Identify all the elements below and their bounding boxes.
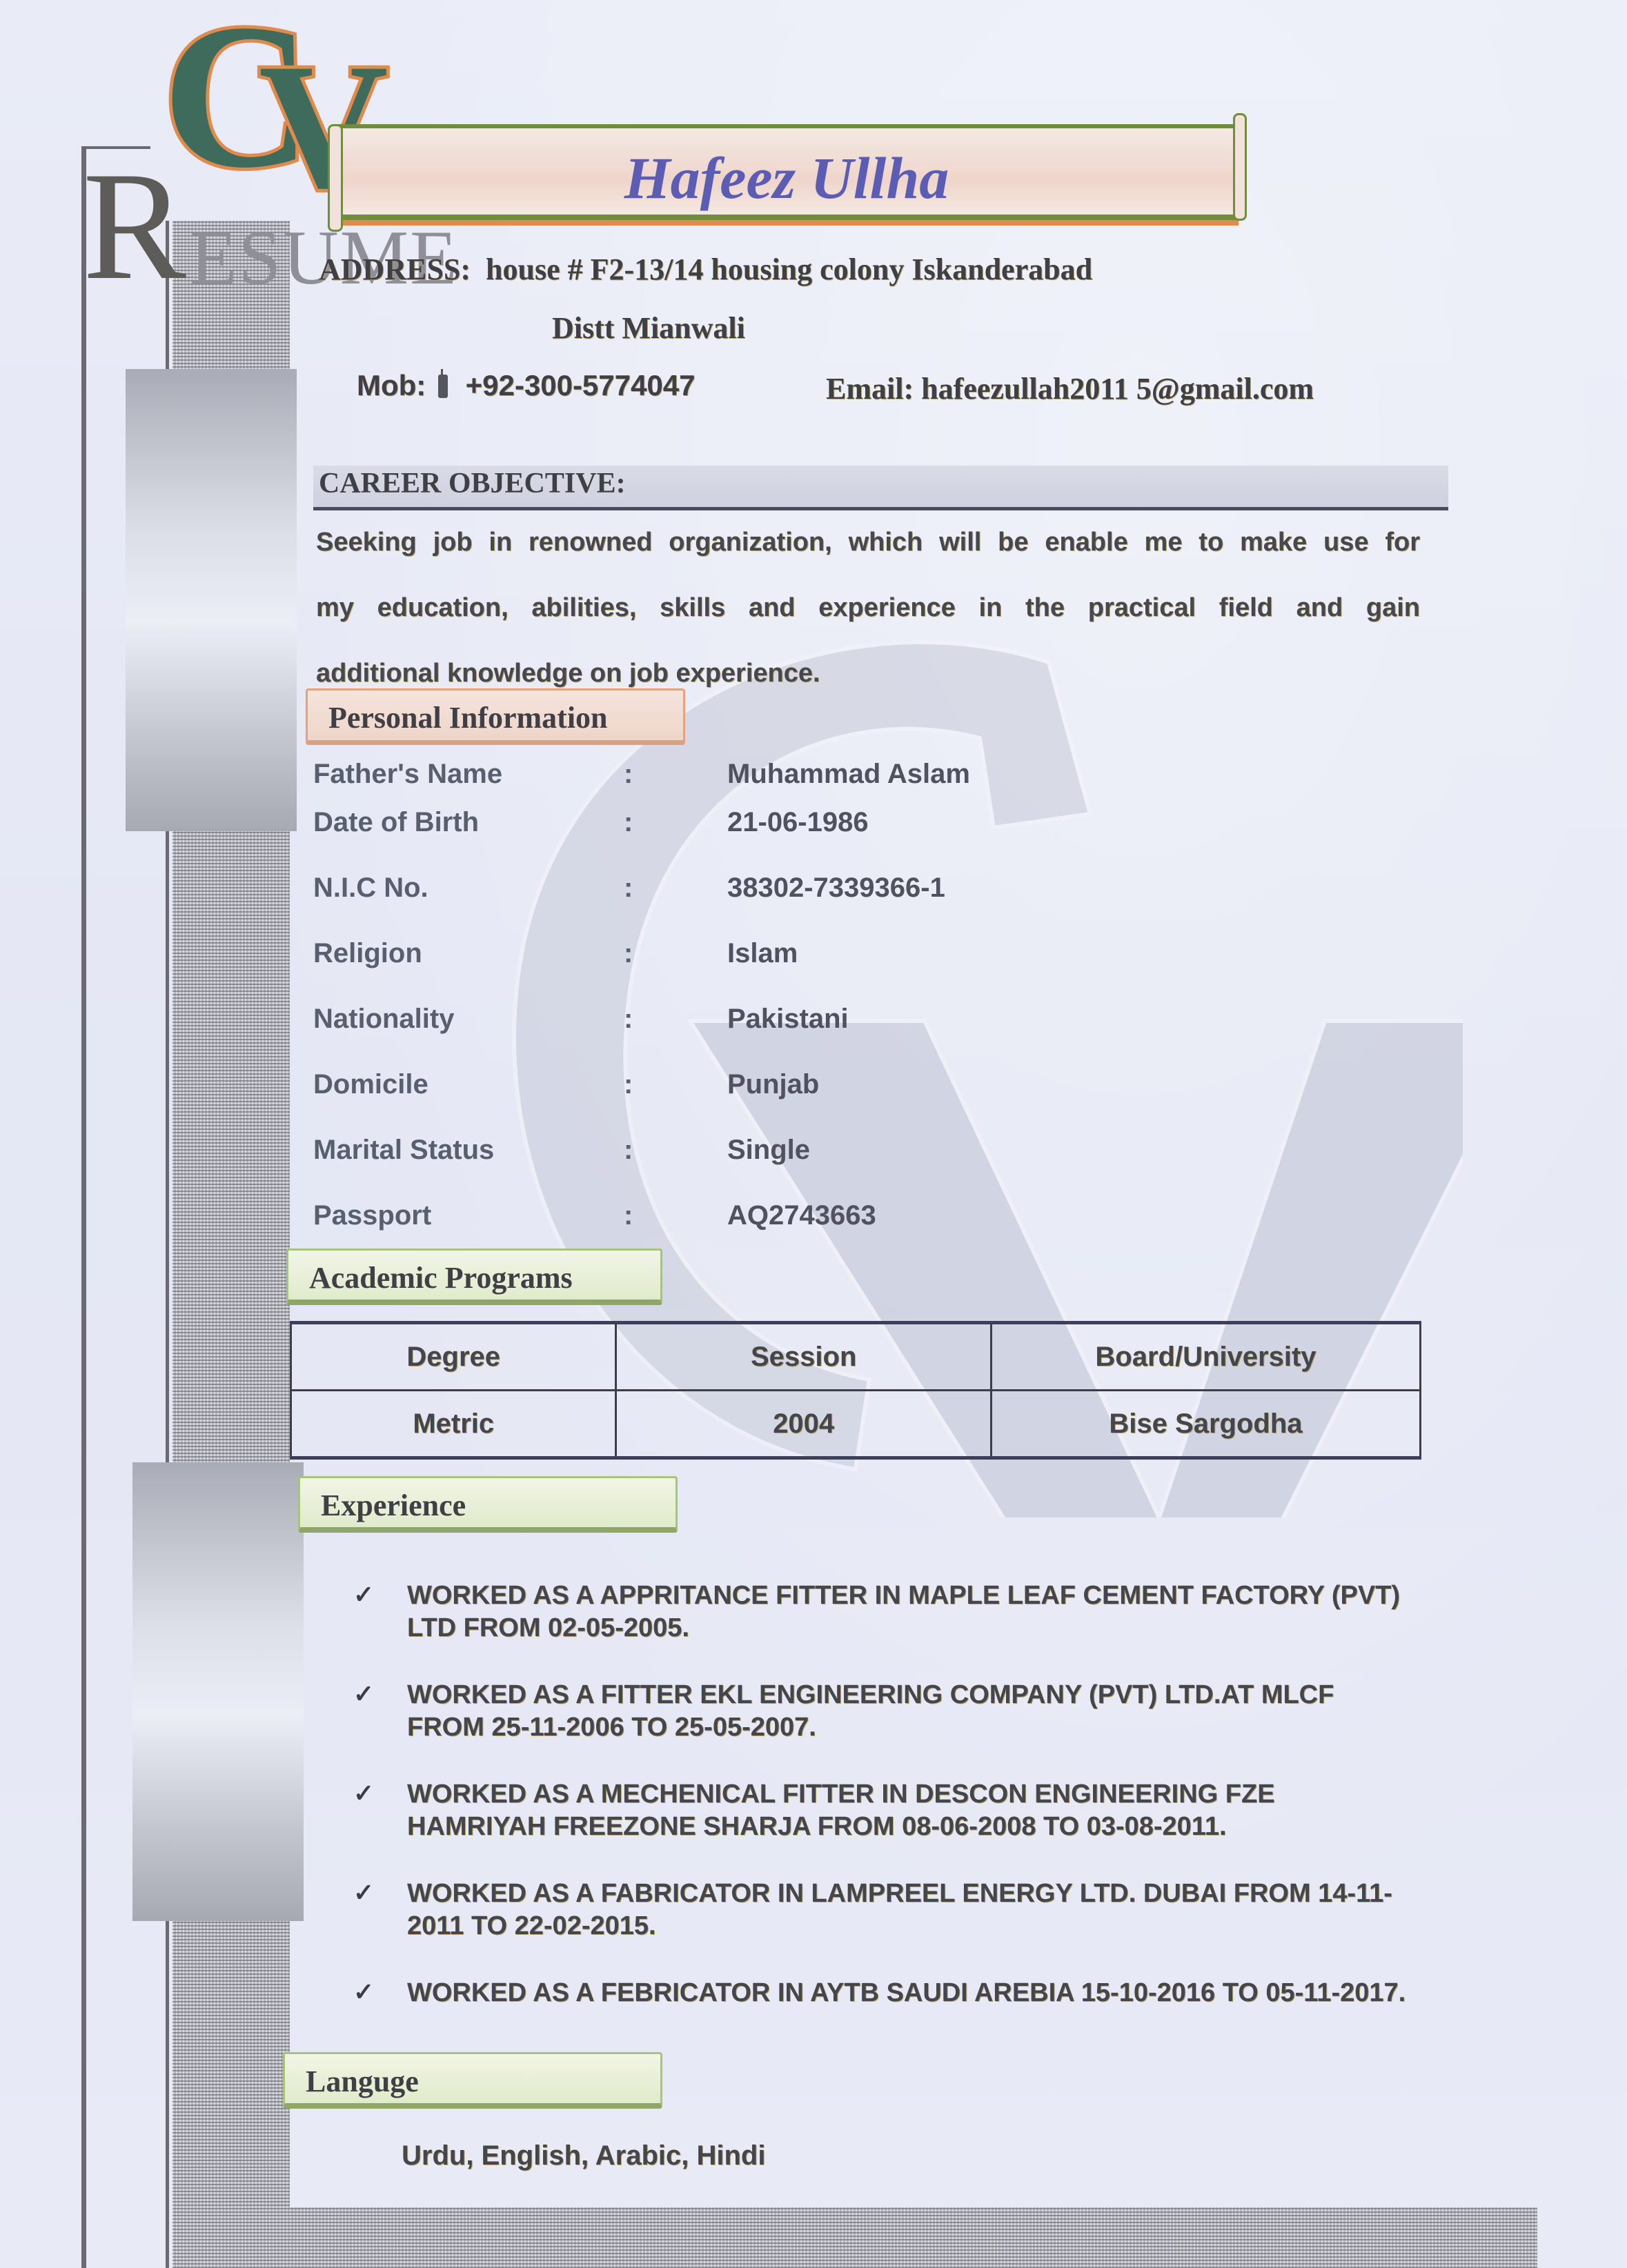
experience-text: WORKED AS A FITTER EKL ENGINEERING COMPA… [407,1680,1334,1742]
info-separator: : [624,1069,633,1100]
address-value: house # F2-13/14 housing colony Iskander… [486,252,1092,286]
email-row: Email: hafeezullah2011 5@gmail.com [826,371,1314,406]
mobile-row: Mob: +92-300-5774047 [357,369,695,402]
experience-text: WORKED AS A MECHENICAL FITTER IN DESCON … [407,1780,1275,1841]
info-label: Domicile [313,1069,428,1100]
check-icon: ✓ [353,1976,374,2008]
column-session: Session [616,1323,991,1391]
info-label: Nationality [313,1004,454,1035]
name-banner: Hafeez Ullha [335,124,1239,220]
experience-list: ✓WORKED AS A APPRITANCE FITTER IN MAPLE … [353,1580,1416,2076]
left-border-line [81,146,86,2268]
experience-text: WORKED AS A FEBRICATOR IN AYTB SAUDI ARE… [407,1978,1406,2007]
cell-session: 2004 [616,1391,991,1458]
resume-initial: R [83,148,186,304]
info-label: N.I.C No. [313,873,428,904]
column-board-university: Board/University [991,1323,1420,1391]
mobile-number: +92-300-5774047 [466,369,696,401]
personal-information-heading: Personal Information [306,688,685,745]
email-address: hafeezullah2011 5@gmail.com [921,372,1314,406]
info-value: Pakistani [727,1004,849,1035]
info-separator: : [624,938,633,969]
experience-text: WORKED AS A FABRICATOR IN LAMPREEL ENERG… [407,1879,1392,1940]
info-separator: : [624,1200,633,1231]
info-label: Date of Birth [313,807,479,838]
experience-text: WORKED AS A APPRITANCE FITTER IN MAPLE L… [407,1581,1400,1642]
check-icon: ✓ [353,1777,374,1809]
info-value: 21-06-1986 [727,807,869,838]
gray-gradient-block-bottom [132,1462,304,1921]
list-item: ✓WORKED AS A APPRITANCE FITTER IN MAPLE … [353,1580,1416,1679]
cell-board: Bise Sargodha [991,1391,1420,1458]
check-icon: ✓ [353,1678,374,1710]
academic-table-header: Degree Session Board/University [291,1323,1421,1391]
list-item: ✓WORKED AS A MECHENICAL FITTER IN DESCON… [353,1778,1416,1878]
column-degree: Degree [291,1323,616,1391]
info-label: Father's Name [313,759,502,790]
gray-gradient-block-top [126,369,297,831]
cell-degree: Metric [291,1391,616,1458]
language-heading: Languge [283,2052,662,2109]
info-label: Marital Status [313,1135,494,1166]
mobile-label: Mob: [357,369,426,401]
info-separator: : [624,807,633,838]
info-label: Religion [313,938,422,969]
objective-line-1: Seeking job in renowned organization, wh… [316,528,1420,557]
info-value: Muhammad Aslam [727,759,970,790]
hatched-bottom-band [269,2207,1537,2268]
list-item: ✓WORKED AS A FITTER EKL ENGINEERING COMP… [353,1679,1416,1778]
table-row: Metric 2004 Bise Sargodha [291,1391,1421,1458]
resume-heading: R ESUME [83,148,186,304]
info-separator: : [624,759,633,790]
info-value: Islam [727,938,798,969]
check-icon: ✓ [353,1578,374,1611]
candidate-name: Hafeez Ullha [335,143,1239,212]
info-label: Passport [313,1200,431,1231]
info-separator: : [624,873,633,904]
academic-table: Degree Session Board/University Metric 2… [290,1321,1421,1460]
info-separator: : [624,1004,633,1035]
objective-line-2: my education, abilities, skills and expe… [316,593,1420,623]
list-item: ✓WORKED AS A FABRICATOR IN LAMPREEL ENER… [353,1878,1416,1977]
objective-line-3: additional knowledge on job experience. [316,659,1420,688]
address-label: ADDRESS: [319,252,471,286]
languages-value: Urdu, English, Arabic, Hindi [402,2140,765,2171]
info-value: AQ2743663 [727,1200,876,1231]
info-value: 38302-7339366-1 [727,873,945,904]
info-value: Single [727,1135,810,1166]
address-line-2: Distt Mianwali [552,310,745,346]
info-value: Punjab [727,1069,819,1100]
check-icon: ✓ [353,1876,374,1909]
mobile-phone-icon [438,375,448,398]
academic-programs-heading: Academic Programs [286,1249,662,1305]
email-label: Email: [826,372,914,406]
info-separator: : [624,1135,633,1166]
career-objective-title: CAREER OBJECTIVE: [319,467,626,500]
experience-heading: Experience [298,1476,678,1533]
address-line-1: ADDRESS: house # F2-13/14 housing colony… [319,252,1092,287]
